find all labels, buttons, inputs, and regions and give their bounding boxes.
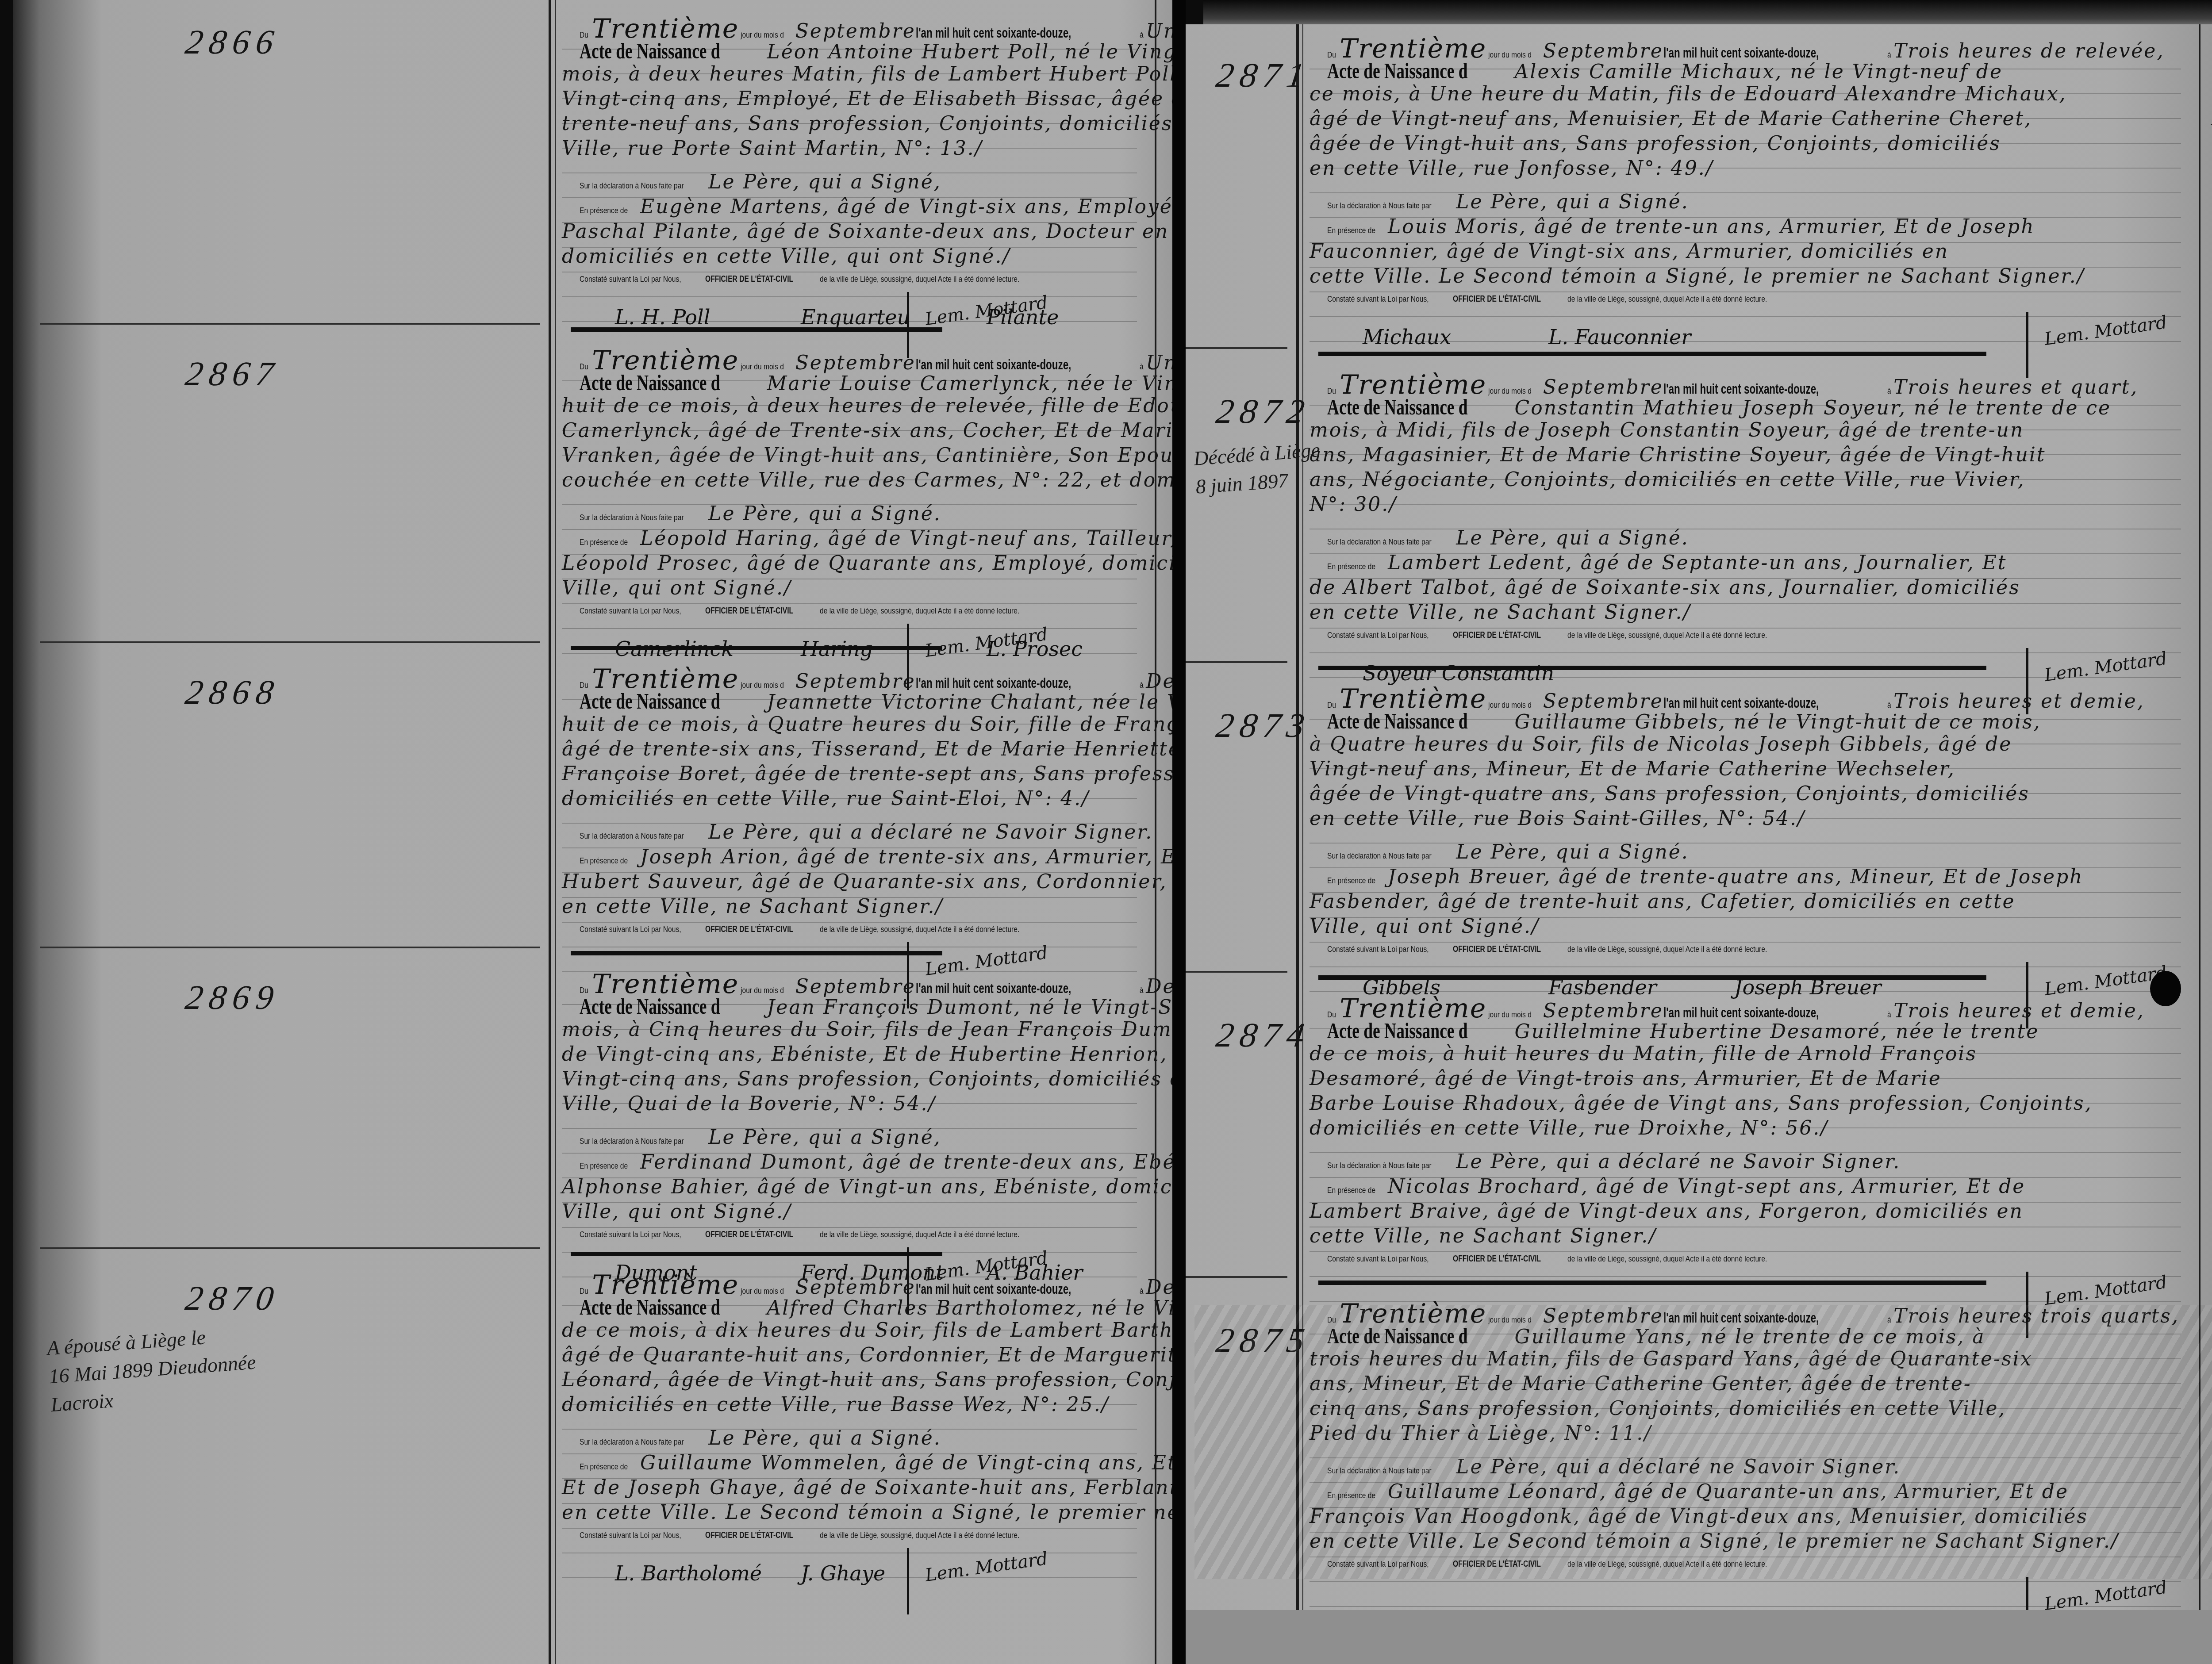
declaration-label: Sur la déclaration à Nous faite par [1327,201,1432,211]
margin-annotation: Décédé à Liège 8 juin 1897 [1193,436,1323,501]
body-line: Camerlynck, âgé de Trente-six ans, Coche… [562,419,1172,442]
constate-officer: OFFICIER DE L'ÉTAT-CIVIL [705,606,793,616]
acte-title-line: Acte de Naissance dGuillaume Gibbels, né… [1327,708,2194,734]
body-line-row: Vingt-cinq ans, Sans profession, Conjoin… [562,1068,1150,1090]
body-line: Vranken, âgée de Vingt-huit ans, Cantini… [562,444,1172,467]
body-line: en cette Ville, rue Bois Saint-Gilles, N… [1310,807,1805,830]
body-line: Vingt-cinq ans, Employé, Et de Elisabeth… [562,88,1172,110]
presence-value: domiciliés en cette Ville, qui ont Signé… [562,245,1010,268]
presence-value: Paschal Pilante, âgé de Soixante-deux an… [562,220,1172,243]
constate-line: Constaté suivant la Loi par Nous, OFFICI… [580,274,1150,284]
body-line-row: âgé de Quarante-huit ans, Cordonnier, Et… [562,1344,1150,1366]
presence-value: Fasbender, âgé de trente-huit ans, Cafet… [1310,890,2016,913]
presence-label: En présence de [1327,562,1375,572]
presence-line: Et de Joseph Ghaye, âgé de Soixante-huit… [562,1476,1150,1499]
body-line-row: huit de ce mois, à Quatre heures du Soir… [562,713,1150,736]
presence-line: Fasbender, âgé de trente-huit ans, Cafet… [1310,890,2194,913]
entry-number: 2866 [183,22,283,62]
constate-officer: OFFICIER DE L'ÉTAT-CIVIL [1453,944,1541,955]
entry-number: 2871 [1214,55,1313,95]
presence-value: cette Ville, ne Sachant Signer./ [1310,1225,1657,1247]
body-line: Barbe Louise Rhadoux, âgée de Vingt ans,… [1310,1092,2093,1115]
body-line: Alfred Charles Bartholomez, né le Vingt-… [767,1297,1172,1319]
constate-prefix: Constaté suivant la Loi par Nous, [1327,631,1429,640]
birth-record-entry: 2870A épousé à Liège le 16 Mai 1899 Dieu… [13,1265,1172,1583]
acte-title-line: Acte de Naissance dConstantin Mathieu Jo… [1327,394,2194,420]
presence-line: En présence de Guillaume Wommelen, âgé d… [580,1452,1150,1474]
bottom-page-stub [1186,1610,2212,1664]
presence-label: En présence de [580,1462,628,1472]
declaration-label: Sur la déclaration à Nous faite par [580,181,684,191]
body-line: Françoise Boret, âgée de trente-sept ans… [562,763,1172,785]
entry-number: 2873 [1214,705,1313,745]
body-line: âgé de Quarante-huit ans, Cordonnier, Et… [562,1344,1172,1366]
body-line: Constantin Mathieu Joseph Soyeur, né le … [1515,397,2112,419]
witness-signature: L. H. Poll [615,305,710,329]
acte-title-line: Acte de Naissance dMarie Louise Camerlyn… [580,370,1150,395]
birth-record-entry: 2872Décédé à Liège 8 juin 1897Du Trentiè… [1186,365,2212,683]
declaration-line: Sur la déclaration à Nous faite par Le P… [1327,841,2194,863]
left-page: 2866Du Trentième jour du mois d Septembr… [13,0,1172,1664]
body-line: âgé de Vingt-neuf ans, Menuisier, Et de … [1310,107,2032,130]
declaration-value: Le Père, qui a Signé, [708,171,941,193]
body-line-row: couchée en cette Ville, rue des Carmes, … [562,469,1150,491]
constate-suffix: de la ville de Liège, soussigné, duquel … [820,275,1019,284]
body-line: ans, Magasinier, Et de Marie Christine S… [1310,444,2046,466]
presence-value: Guillaume Wommelen, âgé de Vingt-cinq an… [640,1452,1172,1474]
presence-value: Ville, qui ont Signé./ [1310,915,1540,938]
body-line-row: Camerlynck, âgé de Trente-six ans, Coche… [562,419,1150,442]
body-line: âgée de Vingt-huit ans, Sans profession,… [1310,132,2001,155]
body-line-row: trente-neuf ans, Sans profession, Conjoi… [562,112,1150,135]
constate-line: Constaté suivant la Loi par Nous, OFFICI… [580,1530,1150,1541]
presence-label: En présence de [580,538,628,548]
officer-signature: Lem. Mottard [924,1549,1049,1586]
ruled-line [1310,942,2181,943]
presence-value: Lambert Ledent, âgé de Septante-un ans, … [1388,552,2007,574]
acte-title-line: Acte de Naissance dAlfred Charles Bartho… [580,1294,1150,1320]
entry-number: 2874 [1214,1015,1313,1055]
ruled-line [562,272,1137,272]
birth-record-entry: 2868Du Trentième jour du mois d Septembr… [13,659,1172,978]
acte-title-line: Acte de Naissance dLéon Antoine Hubert P… [580,38,1150,64]
presence-value: Ville, qui ont Signé./ [562,577,792,599]
body-line: mois, à Midi, fils de Joseph Constantin … [1310,419,2024,441]
body-line-row: ans, Magasinier, Et de Marie Christine S… [1310,444,2194,466]
entry-number: 2870 [183,1278,283,1318]
acte-title: Acte de Naissance d [1327,58,1468,84]
ruled-line [562,628,1137,629]
body-line: Guillelmine Hubertine Desamoré, née le t… [1515,1020,2039,1043]
constate-prefix: Constaté suivant la Loi par Nous, [1327,1254,1429,1264]
ruled-line [1310,966,2181,967]
body-line: Alexis Camille Michaux, né le Vingt-neuf… [1515,61,2003,83]
body-line-row: âgé de Vingt-neuf ans, Menuisier, Et de … [1310,107,2194,130]
constate-line: Constaté suivant la Loi par Nous, OFFICI… [580,1230,1150,1240]
constate-suffix: de la ville de Liège, soussigné, duquel … [1567,631,1767,640]
constate-prefix: Constaté suivant la Loi par Nous, [580,1531,681,1541]
margin-separator [40,641,540,643]
acte-title: Acte de Naissance d [1327,1018,1468,1043]
presence-value: en cette Ville, ne Sachant Signer./ [1310,601,1691,624]
constate-suffix: de la ville de Liège, soussigné, duquel … [1567,295,1767,304]
body-line-row: Ville, Quai de la Boverie, N°: 54./ [562,1093,1150,1115]
body-line-row: mois, à Midi, fils de Joseph Constantin … [1310,419,2194,441]
declaration-value: Le Père, qui a Signé. [1456,527,1689,549]
body-line-row: domiciliés en cette Ville, rue Basse Wez… [562,1393,1150,1416]
presence-line: domiciliés en cette Ville, qui ont Signé… [562,245,1150,268]
presence-value: en cette Ville, ne Sachant Signer./ [562,895,943,918]
body-line: Ville, Quai de la Boverie, N°: 54./ [562,1093,936,1115]
body-line: Jeannette Victorine Chalant, née le Ving… [767,691,1172,713]
presence-line: En présence de Joseph Breuer, âgé de tre… [1327,866,2194,888]
ruled-line [1310,628,2181,629]
acte-title: Acte de Naissance d [1327,708,1468,734]
ruled-line [562,296,1137,297]
presence-value: Lambert Braive, âgé de Vingt-deux ans, F… [1310,1200,2024,1223]
constate-suffix: de la ville de Liège, soussigné, duquel … [820,606,1019,616]
presence-label: En présence de [580,1162,628,1171]
body-line: Vingt-cinq ans, Sans profession, Conjoin… [562,1068,1172,1090]
constate-prefix: Constaté suivant la Loi par Nous, [580,606,681,616]
declaration-value: Le Père, qui a Signé. [708,1427,941,1449]
body-line-row: de ce mois, à dix heures du Soir, fils d… [562,1319,1150,1342]
declaration-line: Sur la déclaration à Nous faite par Le P… [1327,527,2194,549]
birth-record-entry: 2867Du Trentième jour du mois d Septembr… [13,341,1172,659]
body-line-row: Vranken, âgée de Vingt-huit ans, Cantini… [562,444,1150,467]
body-line: mois, à deux heures Matin, fils de Lambe… [562,63,1172,85]
entry-number: 2868 [183,672,283,712]
witness-signature: Enquarteu [801,305,910,329]
constate-line: Constaté suivant la Loi par Nous, OFFICI… [1327,1254,2194,1264]
presence-label: En présence de [1327,226,1375,236]
presence-value: Et de Joseph Ghaye, âgé de Soixante-huit… [562,1476,1172,1499]
margin-annotation: A épousé à Liège le 16 Mai 1899 Dieudonn… [46,1320,259,1419]
constate-line: Constaté suivant la Loi par Nous, OFFICI… [580,606,1150,616]
body-line-row: à Quatre heures du Soir, fils de Nicolas… [1310,733,2194,755]
presence-line: Ville, qui ont Signé./ [562,1200,1150,1223]
presence-value: Ville, qui ont Signé./ [562,1200,792,1223]
birth-record-entry: 2874Du Trentième jour du mois d Septembr… [1186,989,2212,1307]
declaration-value: Le Père, qui a Signé. [1456,191,1689,213]
body-line: de Vingt-cinq ans, Ebéniste, Et de Huber… [562,1043,1172,1066]
body-line: ans, Négociante, Conjoints, domiciliés e… [1310,468,2025,491]
presence-value: Hubert Sauveur, âgé de Quarante-six ans,… [562,870,1172,893]
presence-line: En présence de Léopold Haring, âgé de Vi… [580,527,1150,550]
body-line: trente-neuf ans, Sans profession, Conjoi… [562,112,1172,135]
entry-number: 2867 [183,354,283,394]
ruled-line [562,603,1137,604]
acte-title: Acte de Naissance d [580,688,720,714]
declaration-line: Sur la déclaration à Nous faite par Le P… [1327,1150,2194,1173]
entry-separator [571,646,942,650]
constate-line: Constaté suivant la Loi par Nous, OFFICI… [1327,944,2194,955]
birth-record-entry: 2866Du Trentième jour du mois d Septembr… [13,9,1172,327]
ruled-line [562,1553,1137,1553]
presence-line: En présence de Lambert Ledent, âgé de Se… [1327,552,2194,574]
presence-line: En présence de Louis Moris, âgé de trent… [1327,215,2194,238]
ruled-line [562,922,1137,923]
margin-separator [1186,1276,1287,1278]
presence-line: Fauconnier, âgé de Vingt-six ans, Armuri… [1310,240,2194,263]
witness-signature: L. Bartholomé [615,1561,762,1585]
body-line-row: huit de ce mois, à deux heures de relevé… [562,395,1150,417]
declaration-value: Le Père, qui a Signé. [708,502,941,525]
constate-suffix: de la ville de Liège, soussigné, duquel … [820,925,1019,935]
entry-separator [1318,352,1986,356]
constate-prefix: Constaté suivant la Loi par Nous, [580,1230,681,1240]
acte-title-line: Acte de Naissance dAlexis Camille Michau… [1327,58,2194,84]
paper-damage [1194,1305,2212,1579]
body-line: Desamoré, âgé de Vingt-trois ans, Armuri… [1310,1067,1942,1090]
body-line-row: de ce mois, à huit heures du Matin, fill… [1310,1043,2194,1065]
body-line-row: en cette Ville, rue Jonfosse, N°: 49./ [1310,157,2194,180]
constate-suffix: de la ville de Liège, soussigné, duquel … [820,1230,1019,1240]
body-line-row: ce mois, à Une heure du Matin, fils de E… [1310,83,2194,105]
acte-title: Acte de Naissance d [580,370,720,395]
presence-line: en cette Ville, ne Sachant Signer./ [1310,601,2194,624]
body-line: Jean François Dumont, né le Vingt-Sept d… [767,996,1172,1019]
body-line-row: domiciliés en cette Ville, rue Droixhe, … [1310,1117,2194,1139]
presence-line: Paschal Pilante, âgé de Soixante-deux an… [562,220,1150,243]
declaration-value: Le Père, qui a déclaré ne Savoir Signer. [1456,1150,1901,1173]
presence-label: En présence de [1327,1186,1375,1196]
body-line: Marie Louise Camerlynck, née le Vingt- [767,372,1172,395]
entry-separator [571,327,942,332]
entry-separator [571,1252,942,1256]
ruled-line [1310,652,2181,653]
constate-officer: OFFICIER DE L'ÉTAT-CIVIL [705,924,793,935]
declaration-label: Sur la déclaration à Nous faite par [580,1137,684,1146]
ruled-line [1310,1581,2181,1582]
constate-prefix: Constaté suivant la Loi par Nous, [1327,945,1429,955]
declaration-label: Sur la déclaration à Nous faite par [580,513,684,523]
witness-signature: J. Ghaye [801,1561,885,1585]
body-line-row: âgé de trente-six ans, Tisserand, Et de … [562,738,1150,760]
declaration-line: Sur la déclaration à Nous faite par Le P… [580,502,1150,525]
body-line: de ce mois, à dix heures du Soir, fils d… [562,1319,1172,1342]
presence-value: Joseph Breuer, âgé de trente-quatre ans,… [1388,866,2083,888]
declaration-label: Sur la déclaration à Nous faite par [1327,537,1432,547]
body-line: Léonard, âgée de Vingt-huit ans, Sans pr… [562,1369,1172,1391]
presence-value: Alphonse Bahier, âgé de Vingt-un ans, Eb… [562,1176,1172,1198]
presence-line: Léopold Prosec, âgé de Quarante ans, Emp… [562,552,1150,575]
acte-title: Acte de Naissance d [580,993,720,1019]
page-top-edge [1203,0,2212,27]
body-line: âgée de Vingt-quatre ans, Sans professio… [1310,782,2030,805]
body-line: domiciliés en cette Ville, rue Droixhe, … [1310,1117,1828,1139]
declaration-line: Sur la déclaration à Nous faite par Le P… [580,821,1150,844]
body-line-row: âgée de Vingt-huit ans, Sans profession,… [1310,132,2194,155]
entry-separator [1318,975,1986,980]
body-line: Vingt-neuf ans, Mineur, Et de Marie Cath… [1310,758,1955,780]
presence-value: Léopold Haring, âgé de Vingt-neuf ans, T… [640,527,1172,550]
body-line: de ce mois, à huit heures du Matin, fill… [1310,1043,1977,1065]
body-line-row: Vingt-cinq ans, Employé, Et de Elisabeth… [562,88,1150,110]
margin-separator [1186,347,1287,349]
entry-number: 2869 [183,978,283,1017]
presence-line: En présence de Joseph Arion, âgé de tren… [580,846,1150,868]
margin-separator [40,1247,540,1249]
presence-line: Ville, qui ont Signé./ [562,577,1150,599]
ruled-line [1310,316,2181,317]
birth-record-entry: 2873Du Trentième jour du mois d Septembr… [1186,679,2212,997]
declaration-value: Le Père, qui a Signé, [708,1126,941,1149]
declaration-value: Le Père, qui a Signé. [1456,841,1689,863]
presence-line: Alphonse Bahier, âgé de Vingt-un ans, Eb… [562,1176,1150,1198]
declaration-label: Sur la déclaration à Nous faite par [1327,851,1432,861]
acte-title-line: Acte de Naissance dGuillelmine Hubertine… [1327,1018,2194,1043]
body-line-row: mois, à deux heures Matin, fils de Lambe… [562,63,1150,85]
declaration-label: Sur la déclaration à Nous faite par [580,832,684,841]
body-line-row: Léonard, âgée de Vingt-huit ans, Sans pr… [562,1369,1150,1391]
body-line-row: mois, à Cinq heures du Soir, fils de Jea… [562,1018,1150,1041]
declaration-line: Sur la déclaration à Nous faite par Le P… [580,171,1150,193]
body-line: âgé de trente-six ans, Tisserand, Et de … [562,738,1172,760]
presence-line: En présence de Nicolas Brochard, âgé de … [1327,1175,2194,1198]
acte-title-line: Acte de Naissance dJeannette Victorine C… [580,688,1150,714]
body-line: domiciliés en cette Ville, rue Saint-Elo… [562,787,1090,810]
ruled-line [562,947,1137,947]
presence-line: cette Ville, ne Sachant Signer./ [1310,1225,2194,1247]
body-line: couchée en cette Ville, rue des Carmes, … [562,469,1172,491]
body-line-row: Desamoré, âgé de Vingt-trois ans, Armuri… [1310,1067,2194,1090]
body-line: mois, à Cinq heures du Soir, fils de Jea… [562,1018,1172,1041]
constate-line: Constaté suivant la Loi par Nous, OFFICI… [580,924,1150,935]
declaration-line: Sur la déclaration à Nous faite par Le P… [1327,191,2194,213]
body-line: à Quatre heures du Soir, fils de Nicolas… [1310,733,2012,755]
presence-value: Ferdinand Dumont, âgé de trente-deux ans… [640,1151,1172,1173]
ruled-line [562,1528,1137,1529]
presence-label: En présence de [1327,876,1375,886]
declaration-line: Sur la déclaration à Nous faite par Le P… [580,1126,1150,1149]
birth-record-entry: 2869Du Trentième jour du mois d Septembr… [13,964,1172,1283]
book-gutter [1172,0,1186,1664]
presence-line: en cette Ville. Le Second témoin a Signé… [562,1501,1150,1524]
margin-separator [40,947,540,948]
ruled-line [562,1227,1137,1228]
presence-line: en cette Ville, ne Sachant Signer./ [562,895,1150,918]
constate-officer: OFFICIER DE L'ÉTAT-CIVIL [1453,630,1541,640]
presence-value: en cette Ville. Le Second témoin a Signé… [562,1501,1172,1524]
entry-number: 2872 [1214,391,1313,431]
entry-separator [1318,666,1986,670]
constate-officer: OFFICIER DE L'ÉTAT-CIVIL [1453,294,1541,304]
birth-record-entry: 2871Du Trentième jour du mois d Septembr… [1186,29,2212,347]
presence-value: Nicolas Brochard, âgé de Vingt-sept ans,… [1388,1175,2025,1198]
presence-line: Lambert Braive, âgé de Vingt-deux ans, F… [1310,1200,2194,1223]
constate-suffix: de la ville de Liège, soussigné, duquel … [1567,945,1767,955]
declaration-line: Sur la déclaration à Nous faite par Le P… [580,1427,1150,1449]
body-line-row: Vingt-neuf ans, Mineur, Et de Marie Cath… [1310,758,2194,780]
presence-label: En présence de [580,206,628,216]
body-line-row: Barbe Louise Rhadoux, âgée de Vingt ans,… [1310,1092,2194,1115]
declaration-label: Sur la déclaration à Nous faite par [580,1438,684,1447]
presence-value: Léopold Prosec, âgé de Quarante ans, Emp… [562,552,1172,575]
presence-line: Ville, qui ont Signé./ [1310,915,2194,938]
ruled-line [1310,1276,2181,1277]
presence-line: cette Ville. Le Second témoin a Signé, l… [1310,265,2194,288]
declaration-label: Sur la déclaration à Nous faite par [1327,1161,1432,1171]
witness-signature: Michaux [1363,325,1451,349]
presence-line: En présence de Eugène Martens, âgé de Vi… [580,196,1150,218]
body-line: Guillaume Gibbels, né le Vingt-huit de c… [1515,711,2041,733]
body-line-row: Ville, rue Porte Saint Martin, N°: 13./ [562,137,1150,160]
acte-title: Acte de Naissance d [580,38,720,64]
constate-prefix: Constaté suivant la Loi par Nous, [580,925,681,935]
acte-title: Acte de Naissance d [1327,394,1468,420]
presence-value: de Albert Talbot, âgé de Soixante-six an… [1310,576,2020,599]
body-line: domiciliés en cette Ville, rue Basse Wez… [562,1393,1110,1416]
body-line-row: en cette Ville, rue Bois Saint-Gilles, N… [1310,807,2194,830]
entry-separator [571,951,942,955]
presence-value: Joseph Arion, âgé de trente-six ans, Arm… [640,846,1172,868]
constate-prefix: Constaté suivant la Loi par Nous, [580,275,681,284]
officer-signature: Lem. Mottard [2043,1577,2168,1614]
presence-line: Hubert Sauveur, âgé de Quarante-six ans,… [562,870,1150,893]
body-line-row: Françoise Boret, âgée de trente-sept ans… [562,763,1150,785]
body-line: huit de ce mois, à deux heures de relevé… [562,395,1172,417]
body-line: en cette Ville, rue Jonfosse, N°: 49./ [1310,157,1714,180]
presence-value: Fauconnier, âgé de Vingt-six ans, Armuri… [1310,240,1949,263]
presence-label: En présence de [580,856,628,866]
ruled-line [1310,291,2181,292]
presence-value: Louis Moris, âgé de trente-un ans, Armur… [1388,215,2035,238]
body-line-row: ans, Négociante, Conjoints, domiciliés e… [1310,468,2194,491]
presence-value: cette Ville. Le Second témoin a Signé, l… [1310,265,2085,288]
body-line-row: de Vingt-cinq ans, Ebéniste, Et de Huber… [562,1043,1150,1066]
body-line-row: domiciliés en cette Ville, rue Saint-Elo… [562,787,1150,810]
declaration-value: Le Père, qui a déclaré ne Savoir Signer. [708,821,1153,844]
margin-separator [1186,971,1287,973]
body-line: ce mois, à Une heure du Matin, fils de E… [1310,83,2066,105]
officer-signature: Lem. Mottard [2043,312,2168,349]
constate-officer: OFFICIER DE L'ÉTAT-CIVIL [705,1530,793,1541]
margin-separator [1186,661,1287,663]
body-line-row: âgée de Vingt-quatre ans, Sans professio… [1310,782,2194,805]
constate-line: Constaté suivant la Loi par Nous, OFFICI… [1327,294,2194,304]
acte-title-line: Acte de Naissance dJean François Dumont,… [580,993,1150,1019]
signature-bracket [907,1548,909,1614]
constate-line: Constaté suivant la Loi par Nous, OFFICI… [1327,630,2194,640]
presence-line: de Albert Talbot, âgé de Soixante-six an… [1310,576,2194,599]
margin-separator [40,323,540,325]
constate-officer: OFFICIER DE L'ÉTAT-CIVIL [705,1230,793,1240]
body-line: Ville, rue Porte Saint Martin, N°: 13./ [562,137,983,160]
constate-suffix: de la ville de Liège, soussigné, duquel … [820,1531,1019,1541]
constate-suffix: de la ville de Liège, soussigné, duquel … [1567,1254,1767,1264]
constate-officer: OFFICIER DE L'ÉTAT-CIVIL [705,274,793,284]
entry-separator [1318,1281,1986,1285]
constate-prefix: Constaté suivant la Loi par Nous, [1327,295,1429,304]
presence-line: En présence de Ferdinand Dumont, âgé de … [580,1151,1150,1173]
body-line: N°: 30./ [1310,493,1397,516]
body-line: huit de ce mois, à Quatre heures du Soir… [562,713,1172,736]
witness-signature: L. Fauconnier [1548,325,1691,349]
body-line: Léon Antoine Hubert Poll, né le Vingt-ne… [767,41,1172,63]
ruled-line [1310,1251,2181,1252]
constate-officer: OFFICIER DE L'ÉTAT-CIVIL [1453,1254,1541,1264]
presence-value: Eugène Martens, âgé de Vingt-six ans, Em… [640,196,1172,218]
body-line-row: N°: 30./ [1310,493,2194,516]
acte-title: Acte de Naissance d [580,1294,720,1320]
